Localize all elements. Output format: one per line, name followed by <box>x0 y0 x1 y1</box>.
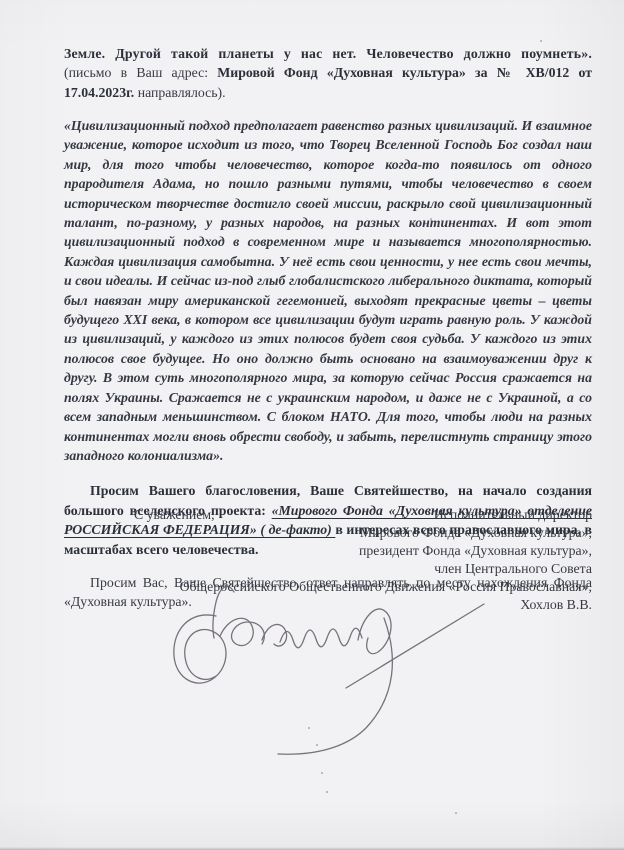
reference-paragraph: (письмо в Ваш адрес: Мировой Фонд «Духов… <box>64 63 592 102</box>
dust-speck <box>540 40 542 42</box>
signatory-line: член Центрального Совета <box>122 560 592 578</box>
reference-prefix: (письмо в Ваш адрес: <box>64 65 217 80</box>
dust-speck <box>321 772 323 774</box>
civilizational-quote: «Цивилизационный подход предполагает рав… <box>64 116 592 465</box>
signatory-line: Мирового Фонда «Духовная культура», <box>122 524 592 542</box>
intro-line: Земле. Другой такой планеты у нас нет. Ч… <box>64 44 592 63</box>
dust-speck <box>308 727 310 729</box>
dust-speck <box>430 218 432 220</box>
dust-speck <box>326 791 328 793</box>
scanned-letter-page: Земле. Другой такой планеты у нас нет. Ч… <box>0 0 624 850</box>
signatory-line: Исполнительный директор <box>122 506 592 524</box>
dust-speck <box>455 812 457 814</box>
handwritten-signature <box>150 578 495 783</box>
dust-speck <box>316 744 318 746</box>
reference-suffix: направлялось). <box>134 85 225 100</box>
signatory-line: президент Фонда «Духовная культура», <box>122 542 592 560</box>
